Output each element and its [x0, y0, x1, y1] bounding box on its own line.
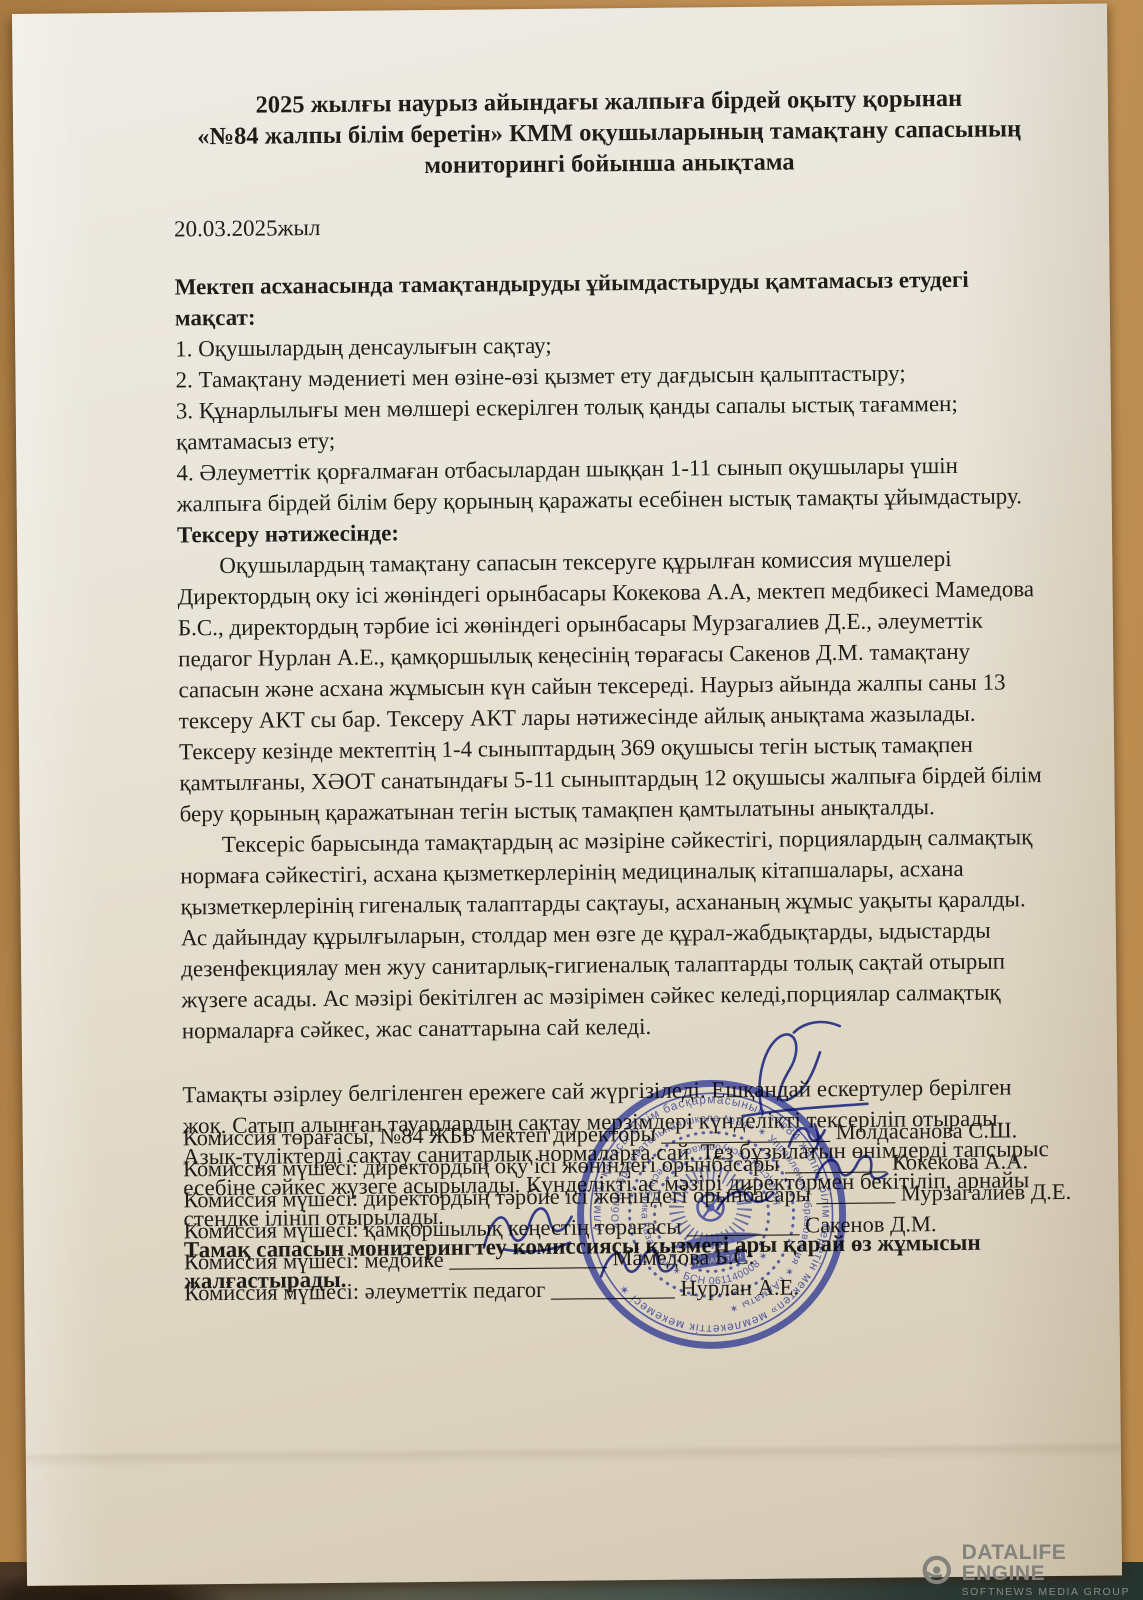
official-round-stamp: Алматы қаласы Білім басқармасының «№84 ж…: [565, 1068, 858, 1361]
signature-label: Комиссия мүшесі: медбике: [184, 1247, 444, 1274]
results-paragraph-1: Оқушылардың тамақтану сапасын тексеруге …: [177, 542, 1052, 829]
document-paper: 2025 жылғы наурыз айындағы жалпыға бірде…: [12, 3, 1122, 1585]
watermark-subtitle: SOFTNEWS MEDIA GROUP: [962, 1587, 1143, 1598]
datalife-logo-icon: [920, 1552, 954, 1588]
signature-name: Молдасанова С.Ш.: [836, 1117, 1018, 1144]
document-title: 2025 жылғы наурыз айындағы жалпыға бірде…: [173, 82, 1046, 183]
datalife-watermark: DATALIFE ENGINE SOFTNEWS MEDIA GROUP: [920, 1542, 1143, 1598]
purpose-heading: Мектеп асханасында тамақтандыруды ұйымда…: [174, 263, 1047, 333]
watermark-title: DATALIFE ENGINE: [962, 1542, 1143, 1584]
document-date: 20.03.2025жыл: [174, 205, 1046, 244]
signature-name: Кокекова А.А.: [892, 1148, 1028, 1174]
photo-scene: 2025 жылғы наурыз айындағы жалпыға бірде…: [0, 0, 1143, 1600]
signature-label: Комиссия мүшесі: әлеуметтік педагог: [184, 1277, 545, 1305]
results-paragraph-2: Тексеріс барысында тамақтардың ас мәзірі…: [180, 821, 1054, 1046]
goal-item-4: 4. Әлеуметтік қорғалмаған отбасылардан ш…: [176, 449, 1049, 519]
signature-name: Мурзагалиев Д.Е.: [901, 1179, 1072, 1206]
watermark-text: DATALIFE ENGINE SOFTNEWS MEDIA GROUP: [962, 1542, 1143, 1598]
goal-item-3: 3. Құнарлылығы мен мөлшері ескерілген то…: [176, 387, 1049, 457]
